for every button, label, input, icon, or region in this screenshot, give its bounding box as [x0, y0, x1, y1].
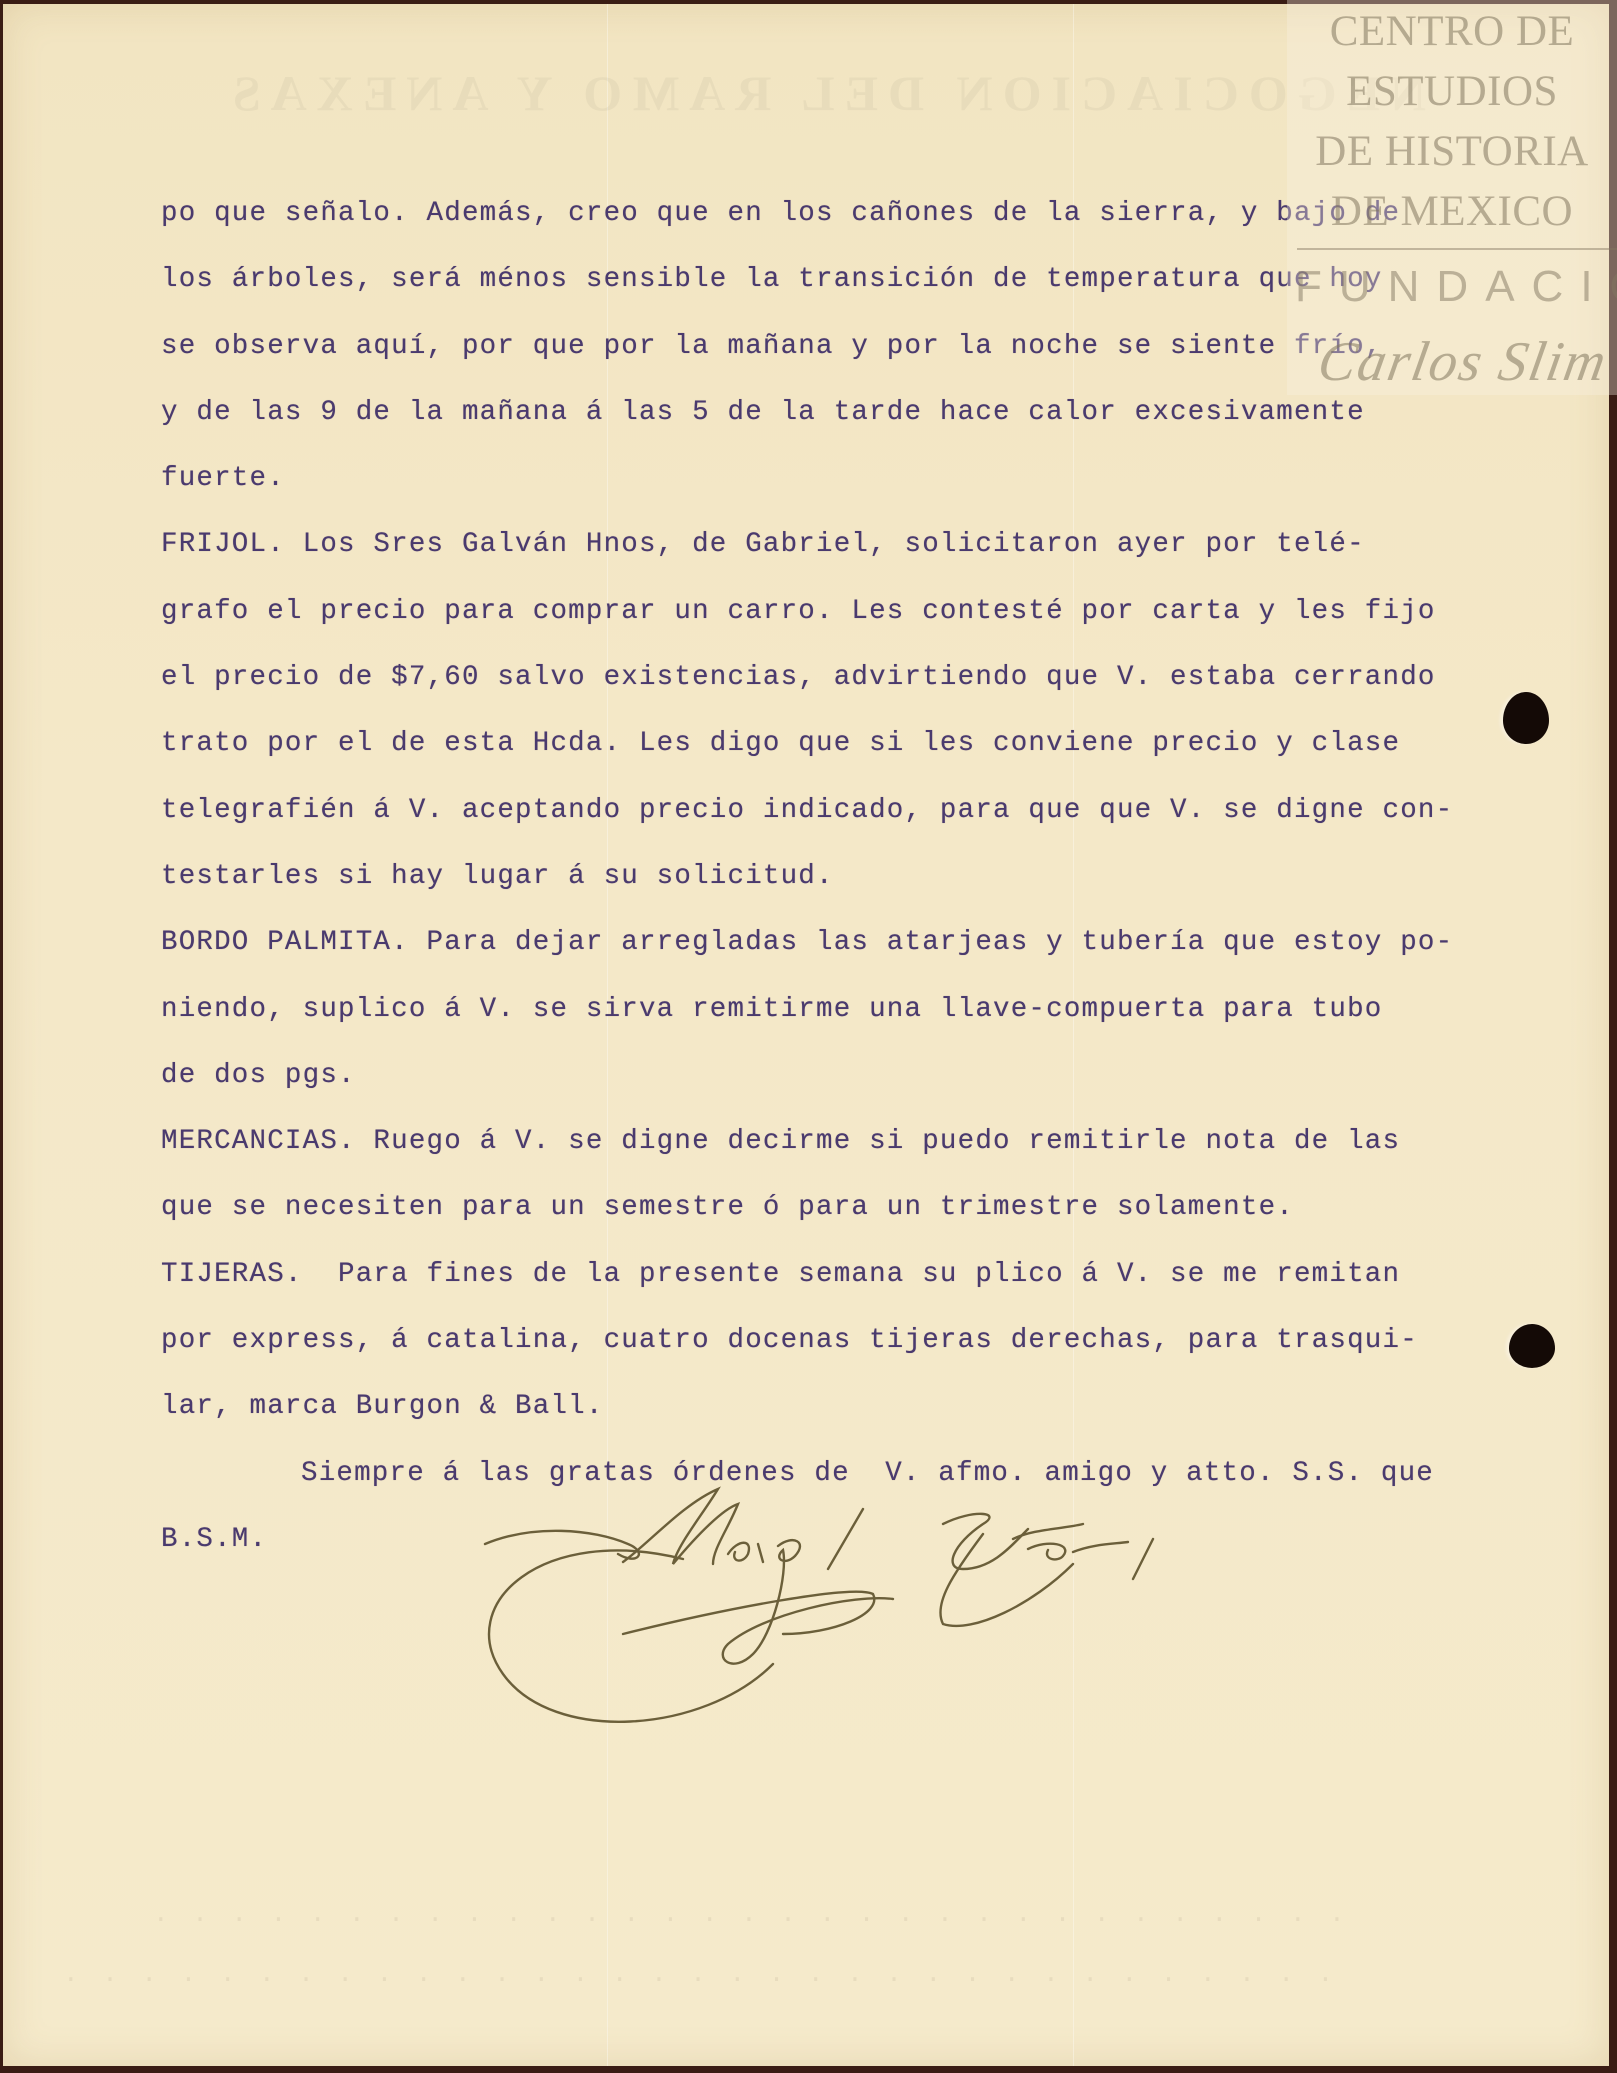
watermark-line: DE MEXICO	[1287, 182, 1617, 242]
text-line: testarles si hay lugar á su solicitud.	[161, 855, 1581, 921]
watermark-line: ESTUDIOS	[1287, 62, 1617, 122]
handwritten-signature	[473, 1484, 1313, 1754]
watermark-signature-logo: Carlos Slim	[1303, 330, 1617, 394]
text-line: lar, marca Burgon & Ball.	[161, 1385, 1581, 1451]
text-line: telegrafién á V. aceptando precio indica…	[161, 789, 1581, 855]
watermark-divider	[1297, 248, 1617, 250]
text-line: niendo, suplico á V. se sirva remitirme …	[161, 988, 1581, 1054]
section-tijeras: TIJERAS. Para fines de la presente seman…	[161, 1253, 1581, 1319]
text-line: grafo el precio para comprar un carro. L…	[161, 590, 1581, 656]
section-frijol: FRIJOL. Los Sres Galván Hnos, de Gabriel…	[161, 523, 1581, 589]
text-line: trato por el de esta Hcda. Les digo que …	[161, 722, 1581, 788]
watermark-line: DE HISTORIA	[1287, 122, 1617, 182]
section-mercancias: MERCANCIAS. Ruego á V. se digne decirme …	[161, 1120, 1581, 1186]
punch-hole	[1509, 1324, 1555, 1368]
letterhead-bleed-through: NEGOCIACION DEL RAMO Y ANEXAS	[223, 64, 1426, 122]
text-line: el precio de $7,60 salvo existencias, ad…	[161, 656, 1581, 722]
punch-hole	[1503, 692, 1549, 744]
text-line: fuerte.	[161, 457, 1581, 523]
text-line: que se necesiten para un semestre ó para…	[161, 1186, 1581, 1252]
archive-watermark: CENTRO DE ESTUDIOS DE HISTORIA DE MEXICO…	[1287, 0, 1617, 395]
text-line: y de las 9 de la mañana á las 5 de la ta…	[161, 391, 1581, 457]
letter-body: po que señalo. Además, creo que en los c…	[161, 192, 1581, 1584]
text-line: por express, á catalina, cuatro docenas …	[161, 1319, 1581, 1385]
watermark-foundation: FUNDACIÓN	[1295, 262, 1617, 312]
text-line: de dos pgs.	[161, 1054, 1581, 1120]
reverse-side-bleed-text: . . . . . . . . . . . . . . . . . . . . …	[63, 1959, 1337, 1989]
watermark-line: CENTRO DE	[1287, 2, 1617, 62]
reverse-side-bleed-text: . . . . . . . . . . . . . . . . . . . . …	[153, 1899, 1349, 1929]
section-bordo-palmita: BORDO PALMITA. Para dejar arregladas las…	[161, 921, 1581, 987]
